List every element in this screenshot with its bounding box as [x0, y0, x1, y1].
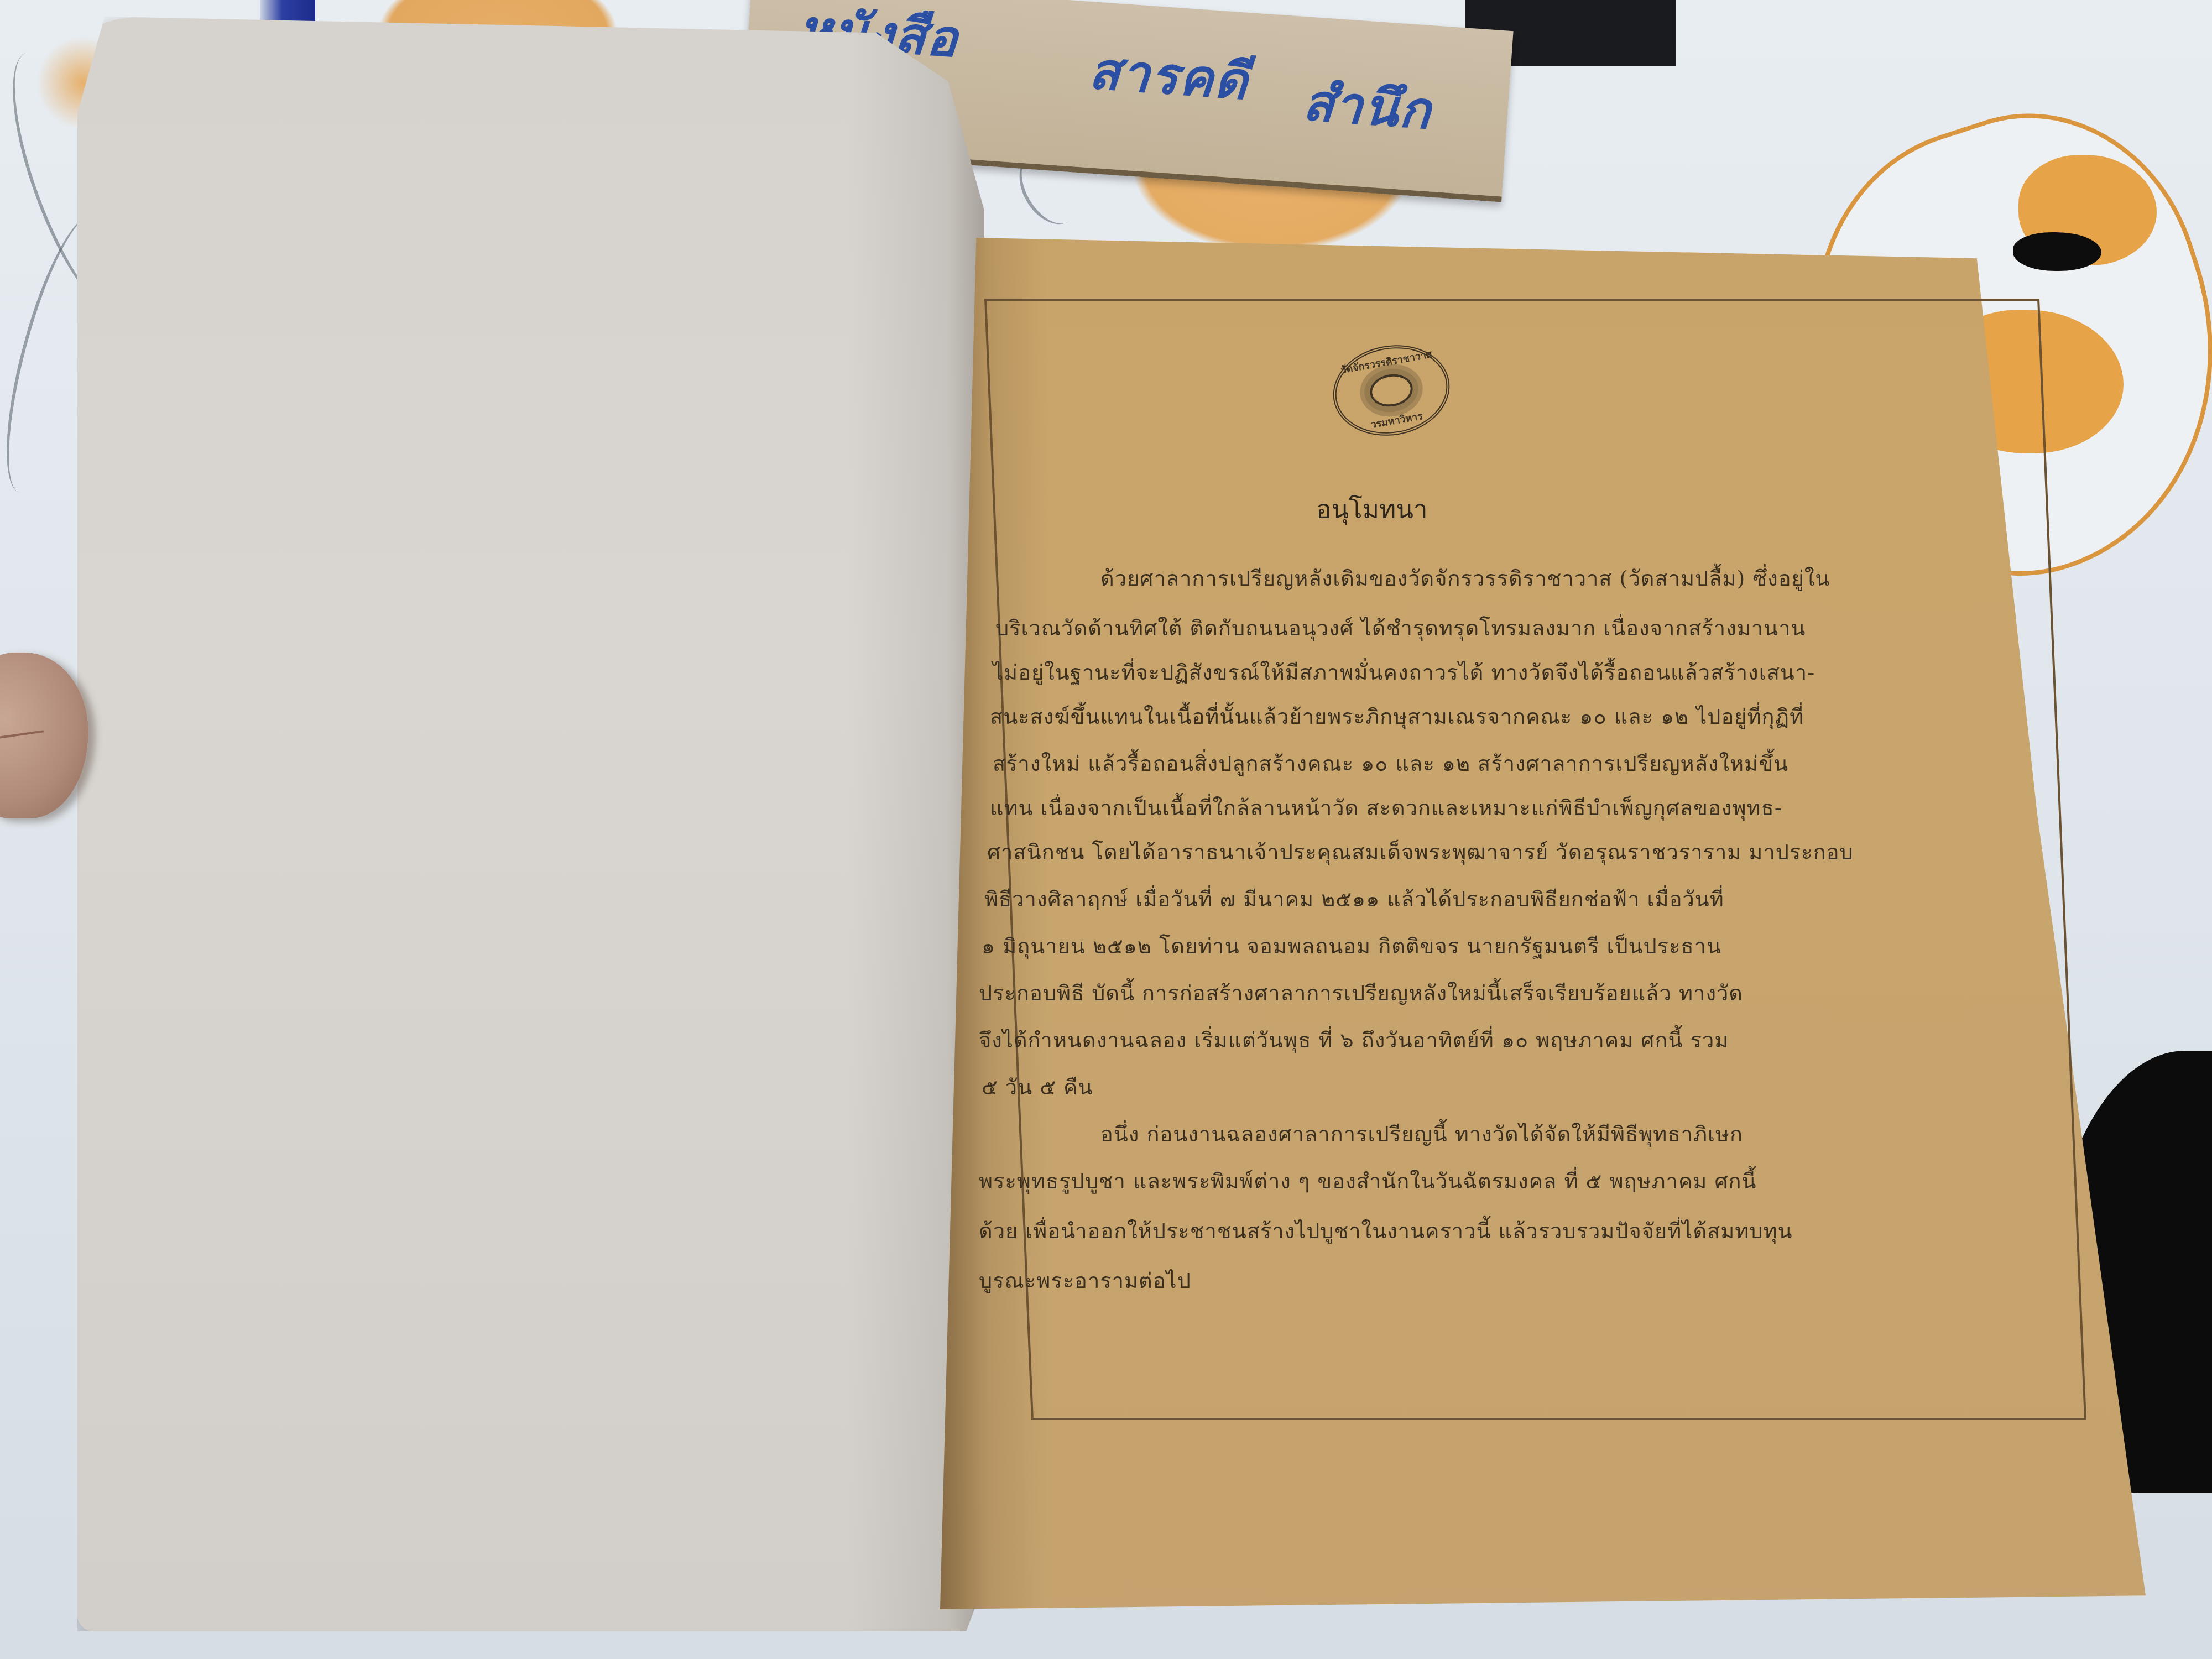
thumb-crease: [0, 730, 44, 743]
document-line: ไม่อยู่ในฐานะที่จะปฏิสังขรณ์ให้มีสภาพมั่…: [993, 655, 1815, 689]
document-line: บูรณะพระอารามต่อไป: [979, 1264, 1191, 1297]
document-line: สนะสงฆ์ขึ้นแทนในเนื้อที่นั้นแล้วย้ายพระภ…: [990, 700, 1804, 733]
document-line: ประกอบพิธี บัดนี้ การก่อสร้างศาลาการเปรี…: [979, 976, 1743, 1010]
document-line: ศาสนิกชน โดยได้อาราธนาเจ้าประคุณสมเด็จพร…: [987, 835, 1854, 869]
document-line: บริเวณวัดด้านทิศใต้ ติดกับถนนอนุวงศ์ ได้…: [995, 611, 1806, 645]
koi-black-spot: [2013, 232, 2101, 271]
left-blank-page: [77, 17, 984, 1631]
document-line: ด้วยศาลาการเปรียญหลังเดิมของวัดจักรวรรดิ…: [1100, 561, 1830, 595]
document-line: ด้วย เพื่อนำออกให้ประชาชนสร้างไปบูชาในงา…: [979, 1214, 1793, 1248]
document-line: ๑ มิถุนายน ๒๕๑๒ โดยท่าน จอมพลถนอม กิตติข…: [982, 929, 1721, 963]
document-line: พิธีวางศิลาฤกษ์ เมื่อวันที่ ๗ มีนาคม ๒๕๑…: [984, 882, 1724, 916]
sign-word: สารคดี: [1087, 29, 1251, 122]
sign-word: สำนึก: [1301, 61, 1434, 151]
document-line: พระพุทธรูปบูชา และพระพิมพ์ต่าง ๆ ของสำนั…: [979, 1164, 1757, 1198]
document-line: อนึ่ง ก่อนงานฉลองศาลาการเปรียญนี้ ทางวัด…: [1100, 1117, 1743, 1151]
seal-center-icon: [1368, 371, 1416, 410]
document-line: สร้างใหม่ แล้วรื้อถอนสิ่งปลูกสร้างคณะ ๑๐…: [993, 747, 1788, 780]
document-line: จึงได้กำหนดงานฉลอง เริ่มแต่วันพุธ ที่ ๖ …: [979, 1023, 1729, 1057]
document-line: ๕ วัน ๕ คืน: [982, 1070, 1093, 1104]
document-line: แทน เนื่องจากเป็นเนื้อที่ใกล้ลานหน้าวัด …: [990, 791, 1782, 825]
document-title: อนุโมทนา: [1316, 489, 1428, 530]
